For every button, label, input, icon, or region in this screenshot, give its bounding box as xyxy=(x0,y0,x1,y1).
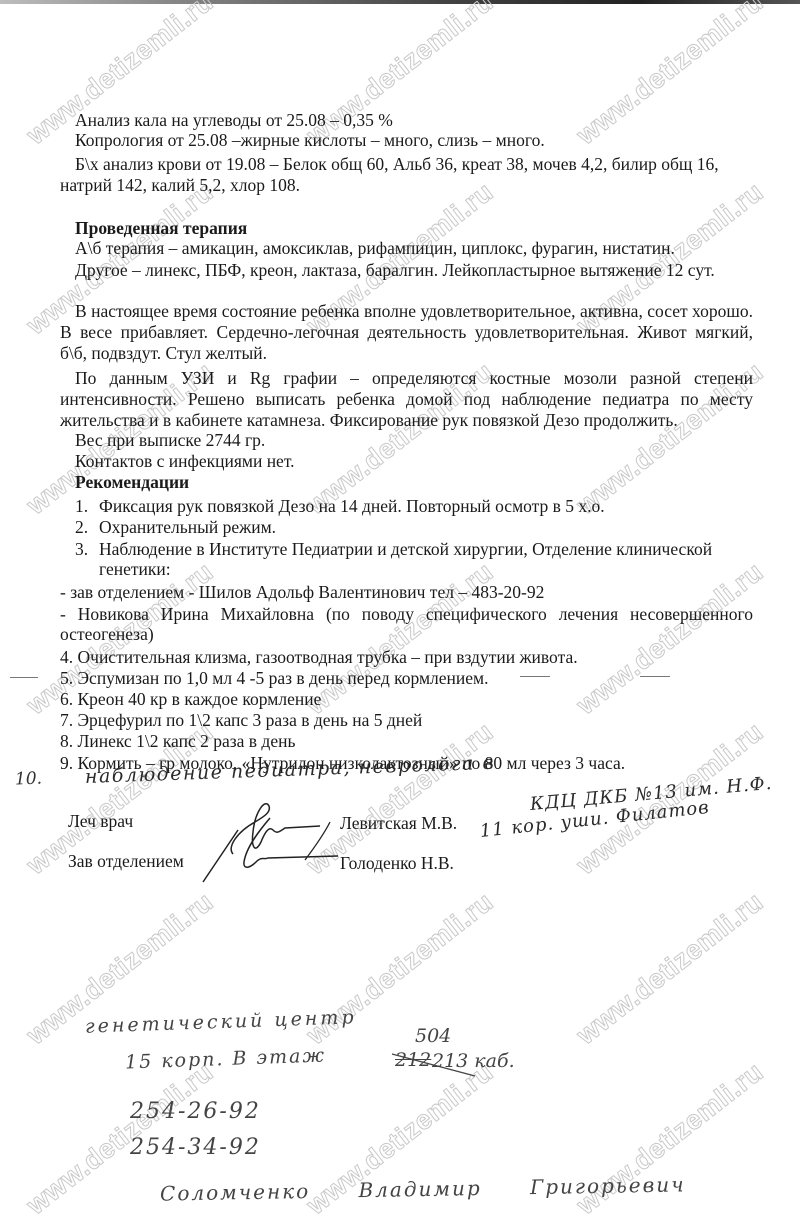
infection-contacts: Контактов с инфекциями нет. xyxy=(75,452,295,472)
watermark-text: www.detizemli.ru xyxy=(571,886,769,1051)
item-text: Наблюдение в Институте Педиатрии и детск… xyxy=(99,539,712,559)
therapy-antibiotics: А\б терапия – амикацин, амоксиклав, рифа… xyxy=(75,239,675,259)
handwritten-phone-2: 254-34-92 xyxy=(130,1138,261,1158)
head-signature xyxy=(198,810,348,885)
recommendation-item-6: 6. Креон 40 кр в каждое кормление xyxy=(60,690,321,710)
discharge-weight: Вес при выписке 2744 гр. xyxy=(75,431,265,451)
item-number: 1. xyxy=(75,497,99,517)
scan-mark xyxy=(520,676,550,677)
blood-analysis-line-1: Б\х анализ крови от 19.08 – Белок общ 60… xyxy=(75,155,719,175)
carb-analysis-line: Анализ кала на углеводы от 25.08 – 0,35 … xyxy=(75,111,393,131)
handwritten-contact-name: Соломченко Владимир Григорьевич xyxy=(160,1175,686,1204)
item-text: Охранительный режим. xyxy=(99,517,276,537)
scan-mark xyxy=(10,677,38,678)
watermark-text: www.detizemli.ru xyxy=(571,0,769,151)
handwritten-phone-1: 254-26-92 xyxy=(130,1102,261,1122)
therapy-heading: Проведенная терапия xyxy=(75,219,247,239)
item-number: 2. xyxy=(75,518,99,538)
strike-through-mark xyxy=(390,1048,480,1078)
scan-edge-shadow xyxy=(0,0,800,4)
recommendation-item-7: 7. Эрцефурил по 1\2 капс 3 раза в день н… xyxy=(60,711,422,731)
doctor-name: Левитская М.В. xyxy=(340,814,457,834)
recommendations-heading: Рекомендации xyxy=(75,473,189,493)
recommendation-item-3-cont: генетики: xyxy=(99,560,171,580)
recommendation-item-2: 2.Охранительный режим. xyxy=(75,518,276,538)
doctor-label: Леч врач xyxy=(68,812,133,832)
therapy-other: Другое – линекс, ПБФ, креон, лактаза, ба… xyxy=(75,261,715,281)
item-number: 3. xyxy=(75,540,99,560)
recommendation-item-5: 5. Эспумизан по 1,0 мл 4 -5 раз в день п… xyxy=(60,669,488,689)
handwritten-room-number: 504 xyxy=(415,1027,451,1047)
contact-novikova: - Новикова Ирина Михайловна (по поводу с… xyxy=(60,605,753,625)
recommendation-item-8: 8. Линекс 1\2 капс 2 раза в день xyxy=(60,732,295,752)
coprology-line: Копрология от 25.08 –жирные кислоты – мн… xyxy=(75,131,545,151)
status-paragraph-1: В настоящее время состояние ребенка впол… xyxy=(60,301,753,364)
recommendation-item-4: 4. Очистительная клизма, газоотводная тр… xyxy=(60,648,578,668)
blood-analysis-line-2: натрий 142, калий 5,2, хлор 108. xyxy=(60,176,300,196)
recommendation-item-3: 3.Наблюдение в Институте Педиатрии и дет… xyxy=(75,540,712,560)
handwritten-genetic-center: генетический центр xyxy=(85,1008,357,1037)
watermark-text: www.detizemli.ru xyxy=(571,556,769,721)
item-text: Фиксация рук повязкой Дезо на 14 дней. П… xyxy=(99,496,605,516)
status-paragraph-2: По данным УЗИ и Rg графии – определяются… xyxy=(60,368,753,431)
handwritten-item-10-number: 10. xyxy=(15,770,43,790)
head-of-department-label: Зав отделением xyxy=(68,852,184,872)
head-of-department-name: Голоденко Н.В. xyxy=(340,854,454,874)
contact-novikova-cont: остеогенеза) xyxy=(60,625,154,645)
recommendation-item-1: 1.Фиксация рук повязкой Дезо на 14 дней.… xyxy=(75,497,605,517)
scan-mark xyxy=(640,676,670,677)
handwritten-building: 15 корп. В этаж xyxy=(125,1046,327,1073)
contact-head-of-department: - зав отделением - Шилов Адольф Валентин… xyxy=(60,583,544,603)
